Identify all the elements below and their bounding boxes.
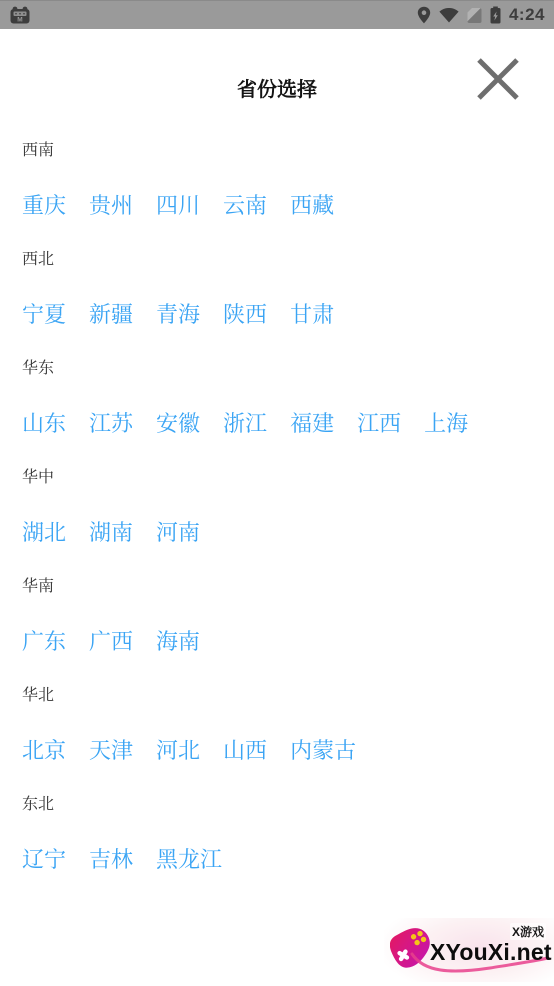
province-row: 北京天津河北山西内蒙古	[22, 739, 532, 762]
province-link[interactable]: 四川	[156, 194, 200, 217]
province-link[interactable]: 西藏	[290, 194, 334, 217]
close-icon	[476, 57, 520, 101]
province-link[interactable]: 福建	[290, 412, 334, 435]
location-pin-icon	[417, 6, 431, 24]
province-link[interactable]: 云南	[223, 194, 267, 217]
province-row: 山东江苏安徽浙江福建江西上海	[22, 412, 532, 435]
watermark-site: XYouXi.net	[430, 939, 552, 966]
svg-text:M: M	[17, 17, 22, 24]
wifi-icon	[439, 8, 459, 23]
region-section: 华中湖北湖南河南	[22, 468, 532, 544]
province-link[interactable]: 湖南	[89, 521, 133, 544]
status-bar: M 4:24	[0, 0, 554, 29]
region-section: 华东山东江苏安徽浙江福建江西上海	[22, 359, 532, 435]
region-label: 西南	[22, 141, 532, 161]
province-link[interactable]: 新疆	[89, 303, 133, 326]
province-link[interactable]: 河南	[156, 521, 200, 544]
province-row: 重庆贵州四川云南西藏	[22, 194, 532, 217]
province-row: 广东广西海南	[22, 630, 532, 653]
province-select-dialog: 省份选择 西南重庆贵州四川云南西藏西北宁夏新疆青海陕西甘肃华东山东江苏安徽浙江福…	[0, 29, 554, 986]
region-label: 华北	[22, 686, 532, 706]
no-sim-icon	[467, 7, 482, 24]
province-link[interactable]: 安徽	[156, 412, 200, 435]
watermark-badge: X游戏	[510, 923, 546, 940]
region-section: 东北辽宁吉林黑龙江	[22, 795, 532, 871]
region-sections: 西南重庆贵州四川云南西藏西北宁夏新疆青海陕西甘肃华东山东江苏安徽浙江福建江西上海…	[0, 141, 554, 871]
region-section: 西北宁夏新疆青海陕西甘肃	[22, 250, 532, 326]
watermark: XYouXi.net X游戏	[384, 918, 554, 982]
province-link[interactable]: 海南	[156, 630, 200, 653]
province-link[interactable]: 黑龙江	[156, 848, 222, 871]
province-link[interactable]: 北京	[22, 739, 66, 762]
region-section: 西南重庆贵州四川云南西藏	[22, 141, 532, 217]
region-label: 东北	[22, 795, 532, 815]
province-row: 湖北湖南河南	[22, 521, 532, 544]
app-notification-icon: M	[9, 5, 31, 25]
province-link[interactable]: 甘肃	[290, 303, 334, 326]
province-link[interactable]: 广东	[22, 630, 66, 653]
province-link[interactable]: 天津	[89, 739, 133, 762]
province-link[interactable]: 河北	[156, 739, 200, 762]
region-section: 华南广东广西海南	[22, 577, 532, 653]
province-link[interactable]: 湖北	[22, 521, 66, 544]
province-row: 辽宁吉林黑龙江	[22, 848, 532, 871]
province-link[interactable]: 重庆	[22, 194, 66, 217]
province-link[interactable]: 青海	[156, 303, 200, 326]
province-row: 宁夏新疆青海陕西甘肃	[22, 303, 532, 326]
province-link[interactable]: 山西	[223, 739, 267, 762]
province-link[interactable]: 辽宁	[22, 848, 66, 871]
region-label: 华中	[22, 468, 532, 488]
province-link[interactable]: 陕西	[223, 303, 267, 326]
region-label: 华东	[22, 359, 532, 379]
province-link[interactable]: 上海	[424, 412, 468, 435]
province-link[interactable]: 江苏	[89, 412, 133, 435]
region-label: 西北	[22, 250, 532, 270]
close-button[interactable]	[476, 57, 520, 101]
province-link[interactable]: 江西	[357, 412, 401, 435]
province-link[interactable]: 广西	[89, 630, 133, 653]
province-link[interactable]: 吉林	[89, 848, 133, 871]
province-link[interactable]: 贵州	[89, 194, 133, 217]
status-time: 4:24	[509, 5, 545, 25]
region-section: 华北北京天津河北山西内蒙古	[22, 686, 532, 762]
dialog-title: 省份选择	[0, 29, 554, 101]
region-label: 华南	[22, 577, 532, 597]
battery-charging-icon	[490, 6, 501, 24]
province-link[interactable]: 内蒙古	[290, 739, 356, 762]
province-link[interactable]: 山东	[22, 412, 66, 435]
province-link[interactable]: 浙江	[223, 412, 267, 435]
province-link[interactable]: 宁夏	[22, 303, 66, 326]
